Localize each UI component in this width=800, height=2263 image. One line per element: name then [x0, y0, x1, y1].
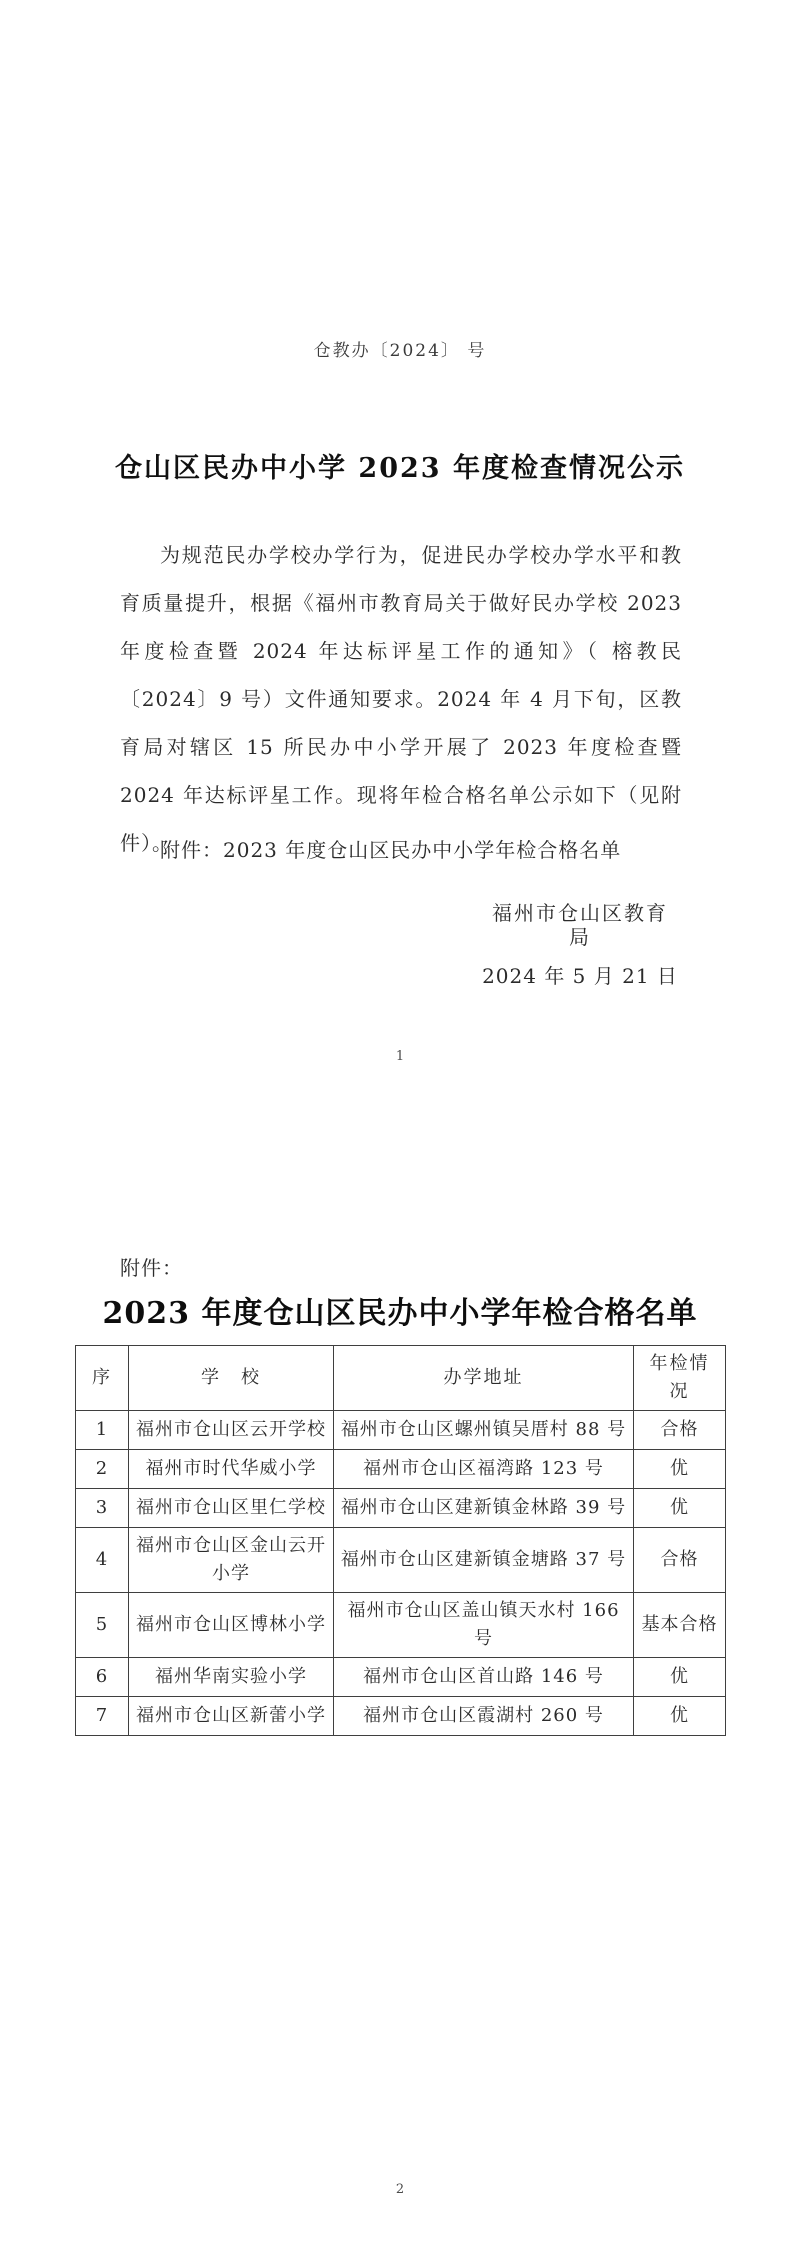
table-cell: 福州市仓山区福湾路 123 号: [334, 1450, 634, 1489]
table-cell: 福州华南实验小学: [129, 1658, 334, 1697]
table-cell: 1: [76, 1411, 129, 1450]
issuer-name: 福州市仓山区教育局: [482, 901, 678, 949]
table-row: 2福州市时代华威小学福州市仓山区福湾路 123 号优: [76, 1450, 726, 1489]
table-header-cell: 办学地址: [334, 1346, 634, 1411]
inspection-results-table: 序学 校办学地址年检情况1福州市仓山区云开学校福州市仓山区螺州镇吴厝村 88 号…: [75, 1345, 726, 1736]
table-row: 4福州市仓山区金山云开小学福州市仓山区建新镇金塘路 37 号合格: [76, 1528, 726, 1593]
table-row: 5福州市仓山区博林小学福州市仓山区盖山镇天水村 166 号基本合格: [76, 1593, 726, 1658]
table-cell: 福州市仓山区里仁学校: [129, 1489, 334, 1528]
table-cell: 福州市仓山区建新镇金塘路 37 号: [334, 1528, 634, 1593]
signature-block: 福州市仓山区教育局 2024 年 5 月 21 日: [482, 901, 678, 988]
attachment-reference-line: 附件：2023 年度仓山区民办中小学年检合格名单: [120, 834, 682, 863]
table-cell: 福州市仓山区新蕾小学: [129, 1697, 334, 1736]
table-cell: 5: [76, 1593, 129, 1658]
table-cell: 优: [634, 1697, 726, 1736]
table-row: 6福州华南实验小学福州市仓山区首山路 146 号优: [76, 1658, 726, 1697]
document-title: 仓山区民办中小学 2023 年度检查情况公示: [0, 446, 800, 485]
table-cell: 福州市仓山区金山云开小学: [129, 1528, 334, 1593]
table-cell: 福州市仓山区建新镇金林路 39 号: [334, 1489, 634, 1528]
body-paragraph: 为规范民办学校办学行为，促进民办学校办学水平和教育质量提升，根据《福州市教育局关…: [120, 531, 682, 867]
table-cell: 基本合格: [634, 1593, 726, 1658]
table-row: 7福州市仓山区新蕾小学福州市仓山区霞湖村 260 号优: [76, 1697, 726, 1736]
table-cell: 福州市仓山区盖山镇天水村 166 号: [334, 1593, 634, 1658]
table-header-cell: 学 校: [129, 1346, 334, 1411]
document-page: 仓教办〔2024〕 号 仓山区民办中小学 2023 年度检查情况公示 为规范民办…: [0, 0, 800, 2263]
page-number-2: 2: [0, 2182, 800, 2197]
table-cell: 优: [634, 1658, 726, 1697]
table-cell: 福州市仓山区首山路 146 号: [334, 1658, 634, 1697]
table-cell: 6: [76, 1658, 129, 1697]
table-cell: 福州市仓山区霞湖村 260 号: [334, 1697, 634, 1736]
table-cell: 7: [76, 1697, 129, 1736]
table-cell: 2: [76, 1450, 129, 1489]
annex-label: 附件：: [120, 1252, 183, 1281]
table-cell: 4: [76, 1528, 129, 1593]
table-cell: 福州市时代华威小学: [129, 1450, 334, 1489]
table-cell: 合格: [634, 1528, 726, 1593]
table-row: 3福州市仓山区里仁学校福州市仓山区建新镇金林路 39 号优: [76, 1489, 726, 1528]
table-row: 1福州市仓山区云开学校福州市仓山区螺州镇吴厝村 88 号合格: [76, 1411, 726, 1450]
table-cell: 合格: [634, 1411, 726, 1450]
annex-heading: 2023 年度仓山区民办中小学年检合格名单: [0, 1288, 800, 1332]
document-reference-number: 仓教办〔2024〕 号: [0, 336, 800, 361]
table-cell: 优: [634, 1450, 726, 1489]
table-cell: 优: [634, 1489, 726, 1528]
issue-date: 2024 年 5 月 21 日: [482, 964, 678, 988]
table-cell: 福州市仓山区博林小学: [129, 1593, 334, 1658]
table-header-cell: 年检情况: [634, 1346, 726, 1411]
table-cell: 福州市仓山区云开学校: [129, 1411, 334, 1450]
page-number-1: 1: [0, 1049, 800, 1064]
table-header-row: 序学 校办学地址年检情况: [76, 1346, 726, 1411]
table-header-cell: 序: [76, 1346, 129, 1411]
table-cell: 3: [76, 1489, 129, 1528]
table-cell: 福州市仓山区螺州镇吴厝村 88 号: [334, 1411, 634, 1450]
